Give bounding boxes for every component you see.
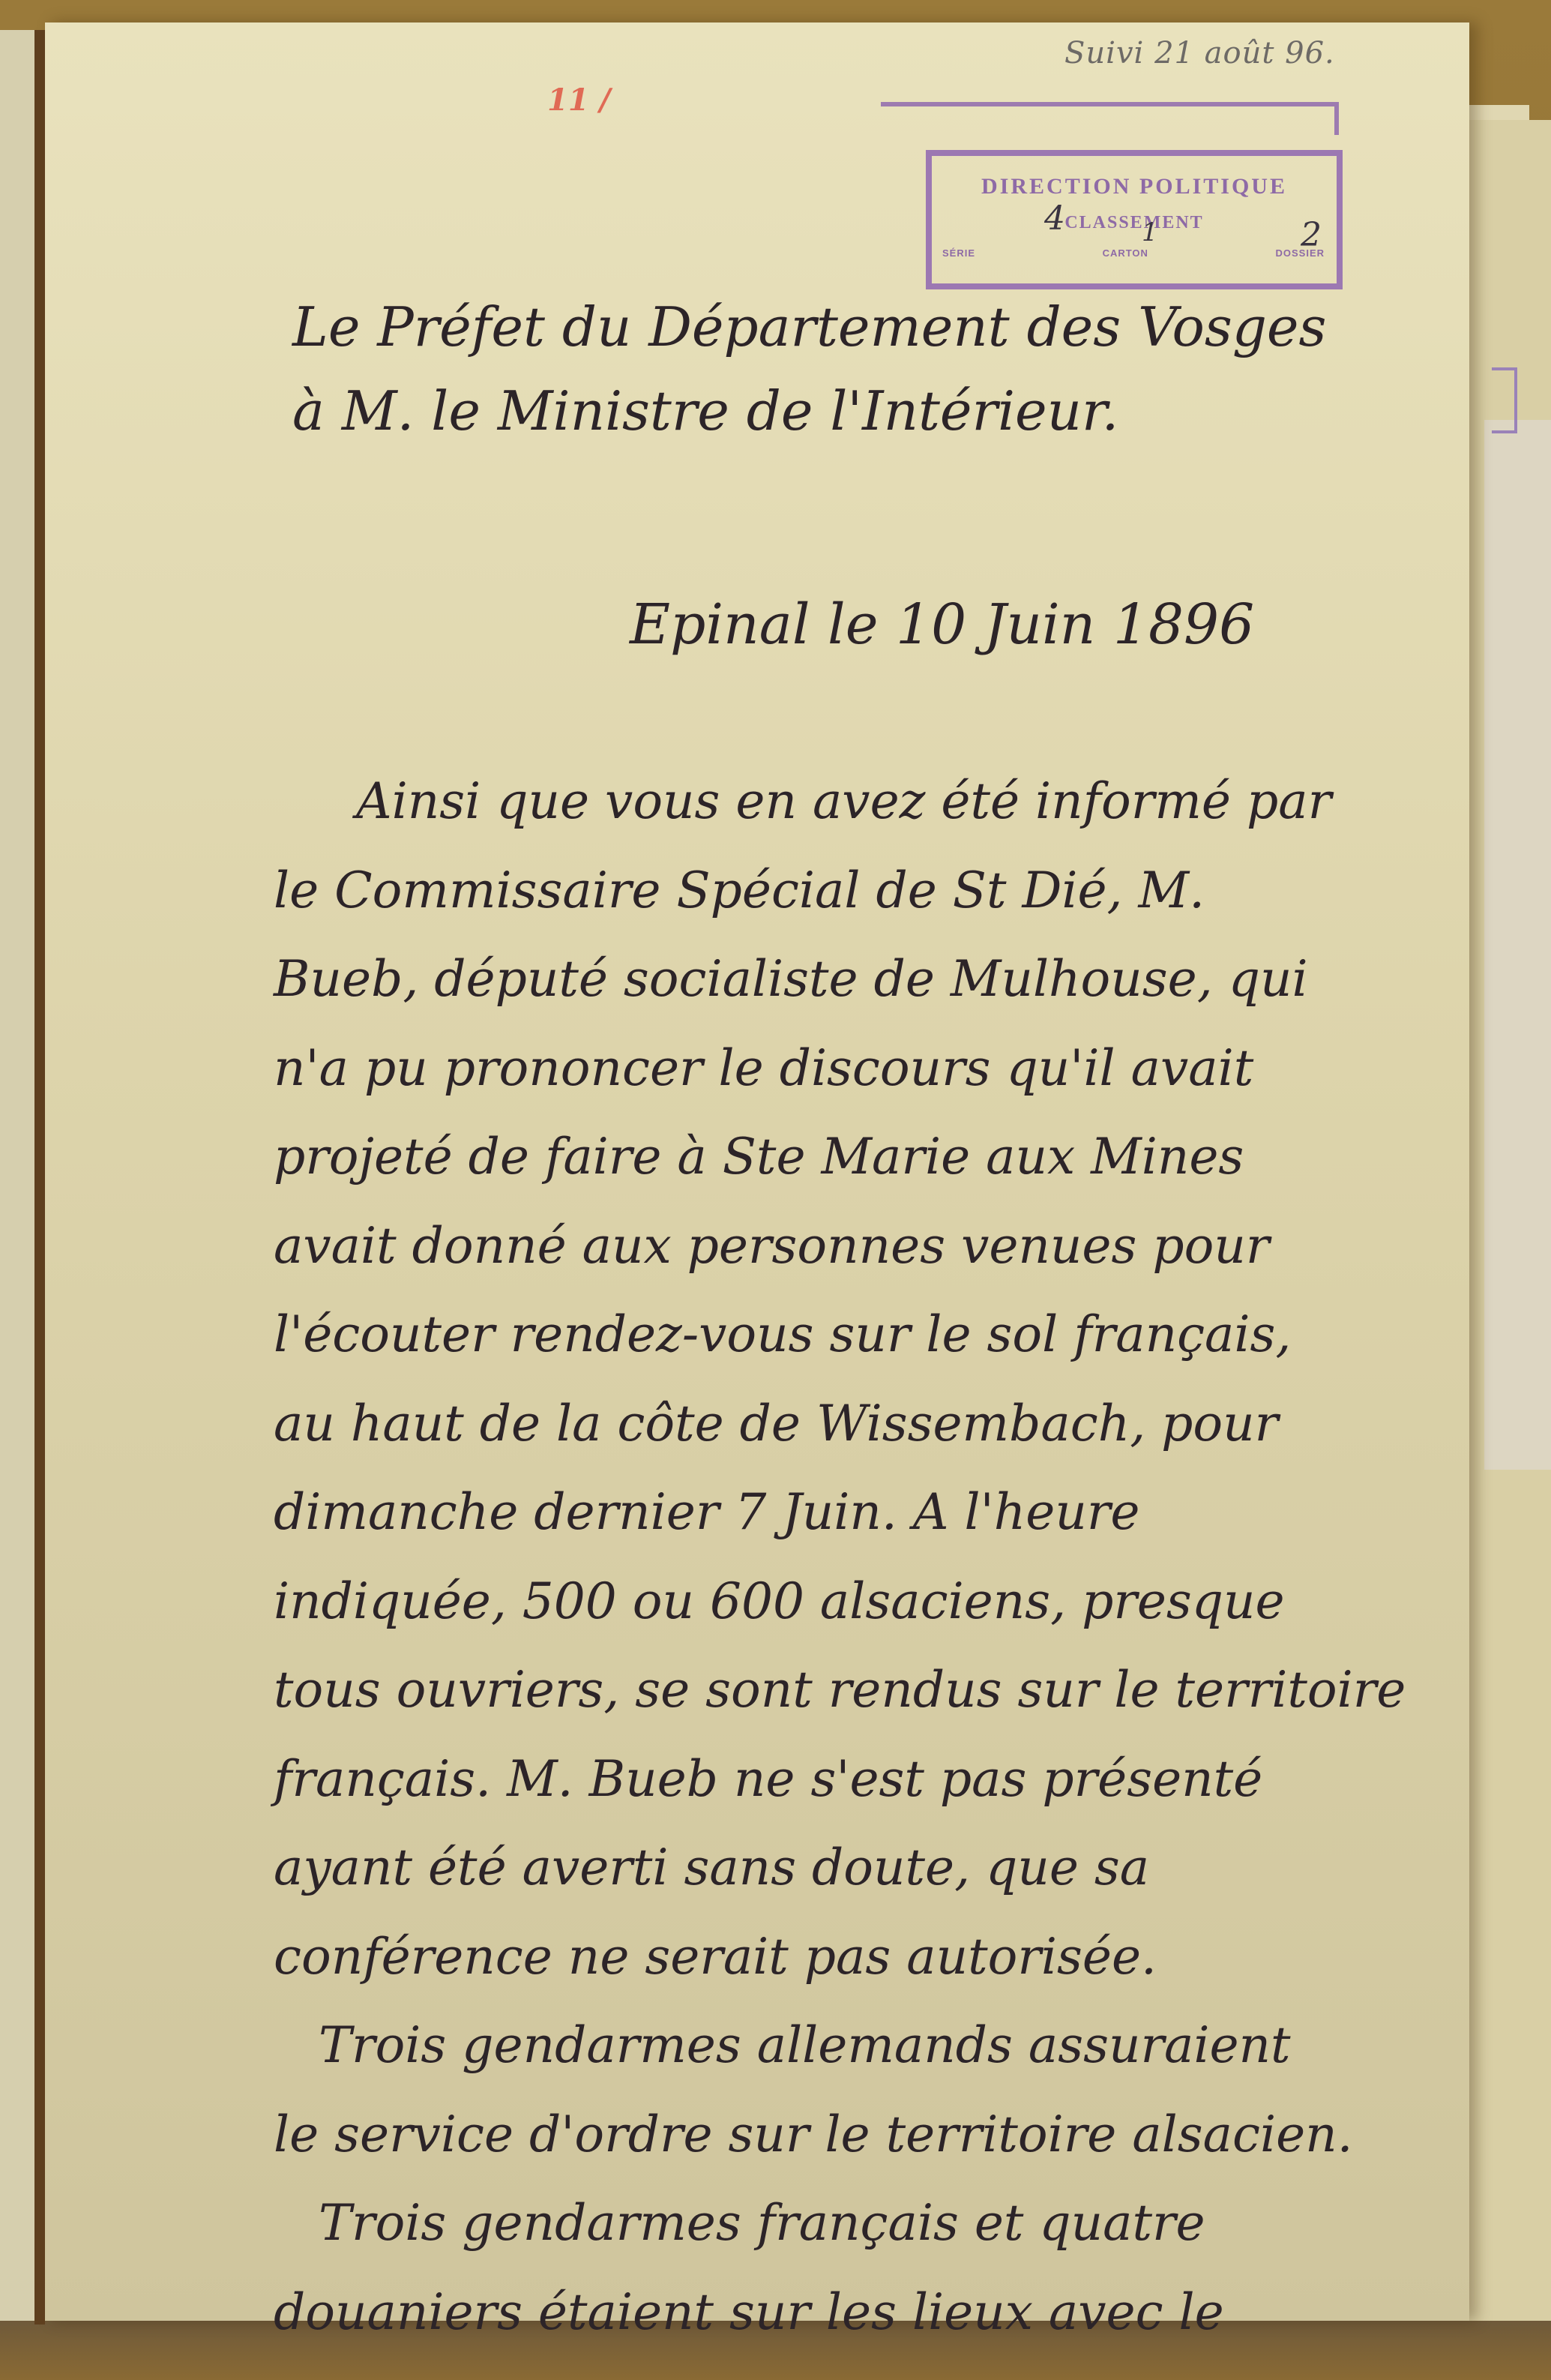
body-line: Trois gendarmes allemands assuraient bbox=[274, 2001, 1473, 2091]
stamp-field-serie: SÉRIE bbox=[942, 247, 975, 259]
header-sender: Le Préfet du Département des Vosges bbox=[292, 285, 1342, 369]
body-line: indiquée, 500 ou 600 alsaciens, presque bbox=[274, 1557, 1473, 1647]
stamp-bracket-fragment bbox=[1492, 367, 1517, 433]
body-line: Trois gendarmes français et quatre bbox=[274, 2179, 1473, 2268]
pencil-annotation: Suivi 21 août 96. bbox=[1064, 36, 1335, 70]
body-line: dimanche dernier 7 Juin. A l'heure bbox=[274, 1468, 1473, 1557]
binder-edge bbox=[34, 30, 45, 2325]
letter-body: Ainsi que vous en avez été informé par l… bbox=[274, 757, 1473, 2357]
body-line: l'écouter rendez-vous sur le sol françai… bbox=[274, 1290, 1473, 1380]
stamp-value-serie: 4 bbox=[1044, 199, 1065, 238]
stamp-value-carton: 1 bbox=[1142, 217, 1158, 247]
body-line: conférence ne serait pas autorisée. bbox=[274, 1913, 1473, 2002]
body-line: tous ouvriers, se sont rendus sur le ter… bbox=[274, 1646, 1473, 1735]
body-line: le Commissaire Spécial de St Dié, M. bbox=[274, 847, 1473, 936]
body-line: au haut de la côte de Wissembach, pour bbox=[274, 1380, 1473, 1469]
stamp-subtitle: CLASSEMENT bbox=[932, 213, 1337, 233]
archive-stamp: DIRECTION POLITIQUE CLASSEMENT SÉRIE CAR… bbox=[926, 150, 1343, 289]
stamp-title: DIRECTION POLITIQUE bbox=[947, 174, 1322, 199]
body-line: Bueb, député socialiste de Mulhouse, qui bbox=[274, 935, 1473, 1024]
body-line: douaniers étaient sur les lieux avec le bbox=[274, 2268, 1473, 2358]
body-line: ayant été averti sans doute, que sa bbox=[274, 1824, 1473, 1913]
body-line: projeté de faire à Ste Marie aux Mines bbox=[274, 1113, 1473, 1202]
body-line: n'a pu prononcer le discours qu'il avait bbox=[274, 1024, 1473, 1114]
stamp-fields: SÉRIE CARTON DOSSIER bbox=[942, 247, 1325, 259]
place-date: Epinal le 10 Juin 1896 bbox=[630, 592, 1254, 657]
body-line: avait donné aux personnes venues pour bbox=[274, 1202, 1473, 1291]
stamp-outline-behind bbox=[881, 102, 1339, 135]
underlying-tab bbox=[1484, 420, 1551, 1470]
letter-header: Le Préfet du Département des Vosges à M.… bbox=[292, 285, 1342, 453]
stamp-field-carton: CARTON bbox=[1103, 247, 1148, 259]
stamp-value-dossier: 2 bbox=[1301, 216, 1322, 254]
body-line: le service d'ordre sur le territoire als… bbox=[274, 2091, 1473, 2180]
body-line: français. M. Bueb ne s'est pas présenté bbox=[274, 1735, 1473, 1824]
header-recipient: à M. le Ministre de l'Intérieur. bbox=[292, 369, 1342, 453]
red-crayon-mark: 11 / bbox=[547, 82, 610, 118]
body-line: Ainsi que vous en avez été informé par bbox=[274, 757, 1473, 847]
